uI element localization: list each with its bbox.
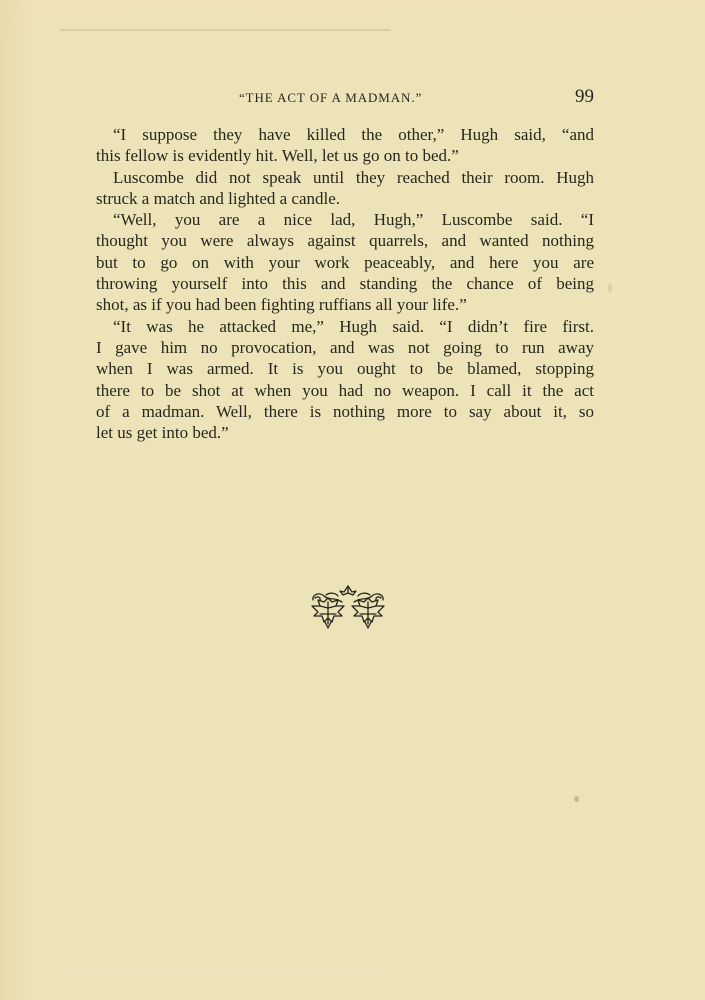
text-line: but to go on with your work peaceably, a… — [96, 252, 594, 273]
running-head: “THE ACT OF A MADMAN.” 99 — [96, 88, 596, 110]
page-number: 99 — [575, 86, 594, 108]
text-line: let us get into bed.” — [96, 422, 594, 443]
text-line: Luscombe did not speak until they reache… — [96, 167, 594, 188]
paper-speck — [574, 796, 579, 802]
text-line: when I was armed. It is you ought to be … — [96, 358, 594, 379]
book-page: “THE ACT OF A MADMAN.” 99 “I suppose the… — [0, 0, 705, 1000]
text-line: of a madman. Well, there is nothing more… — [96, 401, 594, 422]
text-line: there to be shot at when you had no weap… — [96, 380, 594, 401]
ivy-leaf-tailpiece-icon — [298, 578, 398, 638]
text-line: thought you were always against quarrels… — [96, 230, 594, 251]
running-title: “THE ACT OF A MADMAN.” — [239, 90, 422, 106]
text-line: “It was he attacked me,” Hugh said. “I d… — [96, 316, 594, 337]
body-text: “I suppose they have killed the other,” … — [96, 124, 594, 443]
text-line: throwing yourself into this and standing… — [96, 273, 594, 294]
text-line: “I suppose they have killed the other,” … — [96, 124, 594, 145]
text-line: this fellow is evidently hit. Well, let … — [96, 145, 594, 166]
paper-speck — [608, 284, 612, 292]
text-line: struck a match and lighted a candle. — [96, 188, 594, 209]
scan-streak-top — [60, 29, 390, 31]
scan-streak-bottom — [60, 968, 390, 982]
text-line: “Well, you are a nice lad, Hugh,” Luscom… — [96, 209, 594, 230]
text-line: I gave him no provocation, and was not g… — [96, 337, 594, 358]
text-line: shot, as if you had been fighting ruffia… — [96, 294, 594, 315]
